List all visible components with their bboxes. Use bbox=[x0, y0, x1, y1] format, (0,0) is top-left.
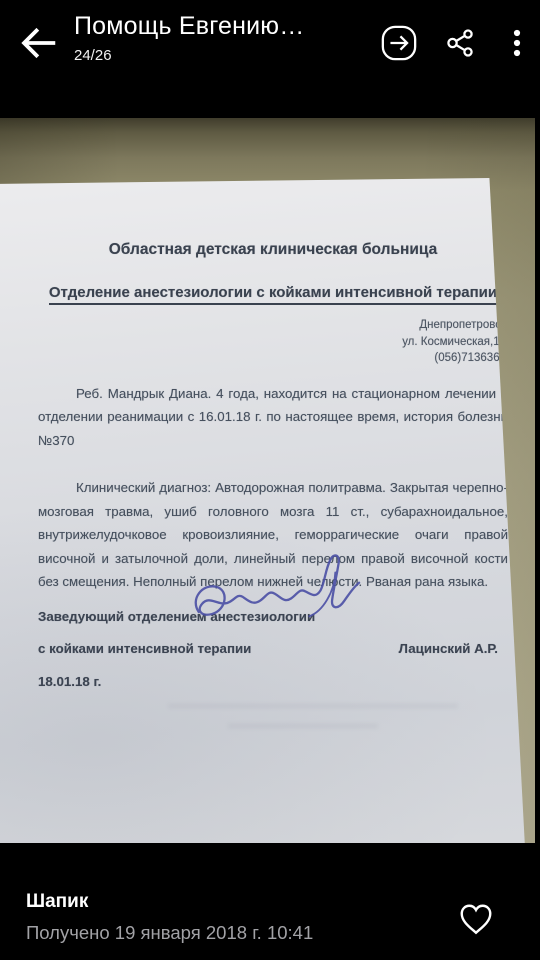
appbar-titles: Помощь Евгению… 24/26 bbox=[74, 12, 324, 64]
received-timestamp: Получено 19 января 2018 г. 10:41 bbox=[26, 922, 313, 944]
paper-bleed-through bbox=[168, 704, 458, 708]
app-bar: Помощь Евгению… 24/26 bbox=[0, 0, 540, 90]
page-title: Помощь Евгению… bbox=[74, 12, 324, 41]
share-icon bbox=[444, 27, 476, 62]
sender-name: Шапик bbox=[26, 891, 313, 913]
photo-edge-strip bbox=[535, 118, 540, 843]
paper-bleed-through bbox=[228, 724, 378, 728]
ellipsis-vertical-icon bbox=[502, 26, 532, 63]
document-date: 18.01.18 г. bbox=[38, 670, 508, 694]
address-city: Днепропетровск bbox=[38, 317, 506, 334]
signer-name: Лацинский А.Р. bbox=[399, 637, 498, 661]
forward-button[interactable] bbox=[380, 24, 418, 65]
patient-paragraph: Реб. Мандрык Диана. 4 года, находится на… bbox=[38, 382, 508, 453]
department-name: Отделение анестезиологии с койками интен… bbox=[38, 281, 508, 305]
back-arrow-icon bbox=[14, 53, 58, 68]
document-paper: Областная детская клиническая больница О… bbox=[0, 178, 538, 843]
appbar-actions bbox=[380, 18, 532, 70]
back-button[interactable] bbox=[12, 20, 60, 68]
image-viewer-screen: Помощь Евгению… 24/26 bbox=[0, 0, 540, 960]
medical-document: Областная детская клиническая больница О… bbox=[38, 236, 508, 693]
heart-icon bbox=[458, 926, 494, 941]
arrow-right-squircle-icon bbox=[380, 24, 418, 65]
image-counter: 24/26 bbox=[74, 47, 324, 64]
hospital-address: Днепропетровск ул. Космическая,13 (056)7… bbox=[38, 317, 508, 367]
share-button[interactable] bbox=[444, 27, 476, 62]
footer-bar: Шапик Получено 19 января 2018 г. 10:41 bbox=[0, 843, 540, 960]
address-street: ул. Космическая,13 bbox=[38, 334, 506, 351]
hospital-name: Областная детская клиническая больница bbox=[38, 238, 508, 262]
favorite-button[interactable] bbox=[456, 901, 496, 941]
more-options-button[interactable] bbox=[502, 26, 532, 63]
message-meta: Шапик Получено 19 января 2018 г. 10:41 bbox=[26, 891, 313, 944]
address-phone: (056)7136363 bbox=[38, 350, 506, 367]
handwritten-signature bbox=[181, 547, 387, 650]
photo-viewer[interactable]: Областная детская клиническая больница О… bbox=[0, 118, 540, 843]
